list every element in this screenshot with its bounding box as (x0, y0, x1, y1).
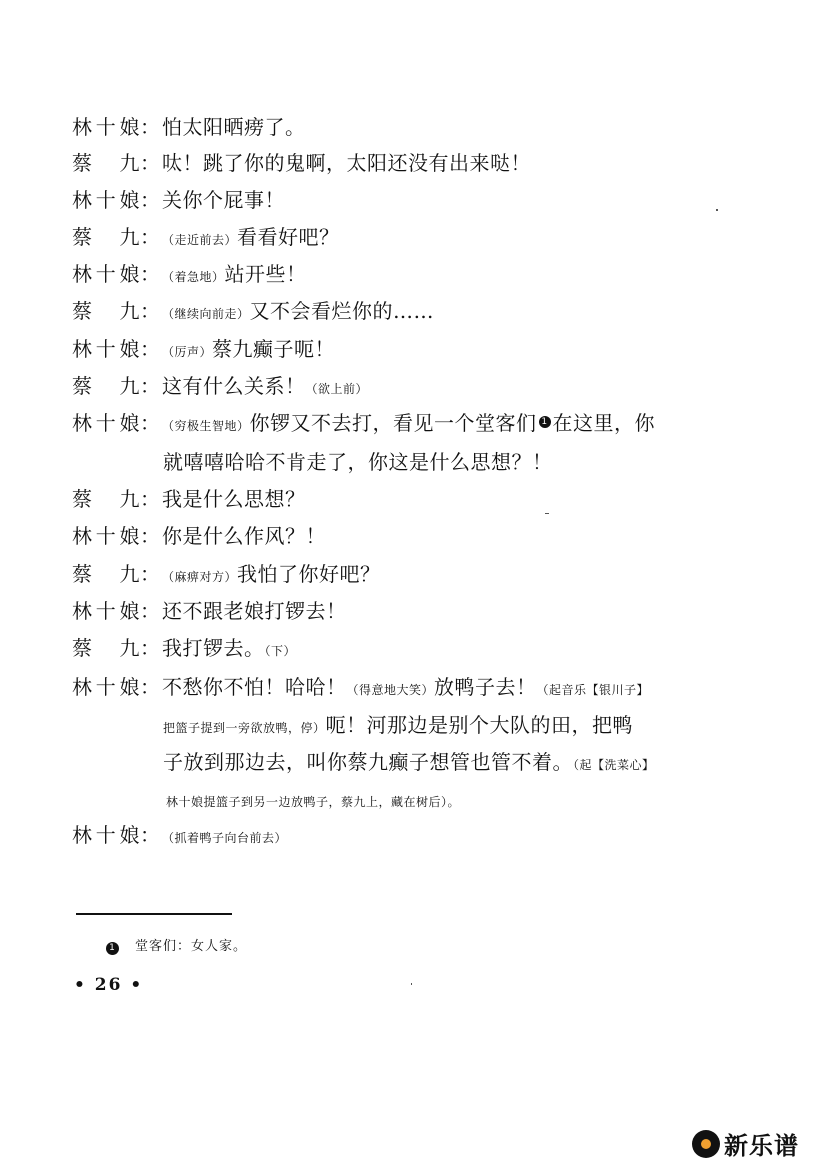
dialogue-text: 我怕了你好吧？ (237, 562, 381, 586)
dialogue-text: 不愁你不怕！哈哈！ (162, 675, 347, 699)
colon: ： (140, 487, 162, 511)
speaker-name: 蔡九 (72, 562, 140, 586)
scan-speck (411, 983, 412, 985)
colon: ： (140, 151, 162, 175)
colon: ： (140, 411, 162, 435)
speaker-name: 林十娘 (72, 675, 140, 699)
speaker-name: 蔡九 (72, 636, 140, 660)
stage-direction: 把篮子提到一旁欲放鸭，停） (163, 721, 326, 735)
speaker-name: 蔡九 (72, 487, 140, 511)
colon: ： (140, 225, 162, 249)
watermark-text: 新乐谱 (724, 1126, 799, 1161)
dialogue-continuation: 子放到那边去，叫你蔡九癫子想管也管不着。（起【洗菜心】 (163, 750, 655, 777)
speaker-name: 林十娘 (72, 823, 140, 847)
stage-direction: （欲上前） (306, 382, 369, 396)
page-number: • 26 • (74, 975, 143, 995)
dialogue-text: 你是什么作风？！ (162, 524, 326, 548)
speaker-name: 林十娘 (72, 337, 140, 361)
dialogue-text: 我打锣去。 (162, 636, 265, 660)
dialogue-text: 看看好吧？ (237, 225, 340, 249)
colon: ： (140, 823, 162, 847)
stage-direction: （下） (265, 644, 297, 658)
dialogue-line: 林十娘：怕太阳晒痨了。 (72, 115, 306, 139)
dialogue-text: 放鸭子去！ (434, 675, 537, 699)
dialogue-text: 在这里，你 (553, 411, 656, 435)
dialogue-line: 蔡九：我打锣去。（下） (72, 636, 296, 663)
dialogue-line: 林十娘：还不跟老娘打锣去！ (72, 599, 347, 623)
dialogue-text: 站开些！ (225, 262, 307, 286)
dialogue-line: 林十娘：（穷极生智地）你锣又不去打，看见一个堂客们1在这里，你 (72, 411, 655, 438)
stage-direction: （得意地大笑） (347, 683, 435, 697)
speaker-name: 林十娘 (72, 599, 140, 623)
dialogue-line: 蔡九：呔！跳了你的鬼啊，太阳还没有出来哒！ (72, 151, 531, 175)
dialogue-text: 呔！跳了你的鬼啊，太阳还没有出来哒！ (162, 151, 531, 175)
vinyl-record-icon (692, 1130, 720, 1158)
dialogue-line: 蔡九：（走近前去）看看好吧？ (72, 225, 340, 252)
script-page: 林十娘：怕太阳晒痨了。 蔡九：呔！跳了你的鬼啊，太阳还没有出来哒！ 林十娘：关你… (0, 0, 826, 1169)
speaker-name: 林十娘 (72, 188, 140, 212)
dialogue-line: 林十娘：不愁你不怕！哈哈！（得意地大笑）放鸭子去！（起音乐【银川子】 (72, 675, 649, 702)
dialogue-text: 你锣又不去打，看见一个堂客们 (250, 411, 537, 435)
colon: ： (140, 299, 162, 323)
dialogue-line: 蔡九：这有什么关系！（欲上前） (72, 374, 368, 401)
stage-direction: （厉声） (162, 345, 212, 359)
colon: ： (140, 675, 162, 699)
dialogue-text: 又不会看烂你的…… (250, 299, 435, 323)
footnote-marker-icon: 1 (539, 416, 551, 428)
stage-direction: 林十娘提篮子到另一边放鸭子，蔡九上，藏在树后）。 (166, 795, 460, 809)
scan-speck (545, 513, 549, 514)
footnote: 1堂客们：女人家。 (106, 935, 247, 955)
colon: ： (140, 262, 162, 286)
dialogue-line: 蔡九：（继续向前走）又不会看烂你的…… (72, 299, 434, 326)
colon: ： (140, 599, 162, 623)
scan-speck (716, 209, 718, 211)
colon: ： (140, 115, 162, 139)
dialogue-text: 还不跟老娘打锣去！ (162, 599, 347, 623)
stage-direction: （起音乐【银川子】 (537, 683, 650, 697)
speaker-name: 林十娘 (72, 115, 140, 139)
stage-direction: （起【洗菜心】 (573, 758, 655, 772)
stage-direction: （着急地） (162, 270, 225, 284)
dialogue-text: 这有什么关系！ (162, 374, 306, 398)
speaker-name: 林十娘 (72, 411, 140, 435)
dialogue-continuation: 把篮子提到一旁欲放鸭，停）呃！河那边是别个大队的田，把鸭 (163, 713, 633, 740)
dialogue-text: 呃！河那边是别个大队的田，把鸭 (326, 713, 634, 737)
dialogue-text: 关你个屁事！ (162, 188, 285, 212)
speaker-name: 蔡九 (72, 374, 140, 398)
dialogue-line: 林十娘：关你个屁事！ (72, 188, 285, 212)
dialogue-continuation: 林十娘提篮子到另一边放鸭子，蔡九上，藏在树后）。 (166, 787, 460, 814)
dialogue-text: 怕太阳晒痨了。 (162, 115, 306, 139)
dialogue-text: 蔡九癫子呃！ (212, 337, 335, 361)
dialogue-line: 林十娘：（抓着鸭子向台前去） (72, 823, 287, 850)
dialogue-line: 林十娘：你是什么作风？！ (72, 524, 326, 548)
watermark-logo: 新乐谱 (692, 1126, 799, 1161)
stage-direction: （麻痹对方） (162, 570, 237, 584)
stage-direction: （继续向前走） (162, 307, 250, 321)
footnote-text: 堂客们：女人家。 (135, 939, 247, 954)
speaker-name: 林十娘 (72, 524, 140, 548)
footnote-marker-icon: 1 (106, 942, 119, 955)
colon: ： (140, 524, 162, 548)
dialogue-line: 林十娘：（着急地）站开些！ (72, 262, 307, 289)
colon: ： (140, 636, 162, 660)
dialogue-line: 蔡九：我是什么思想？ (72, 487, 306, 511)
speaker-name: 蔡九 (72, 151, 140, 175)
stage-direction: （穷极生智地） (162, 419, 250, 433)
speaker-name: 蔡九 (72, 225, 140, 249)
stage-direction: （走近前去） (162, 233, 237, 247)
dialogue-text: 子放到那边去，叫你蔡九癫子想管也管不着。 (163, 750, 573, 774)
colon: ： (140, 337, 162, 361)
colon: ： (140, 188, 162, 212)
colon: ： (140, 374, 162, 398)
speaker-name: 林十娘 (72, 262, 140, 286)
stage-direction: （抓着鸭子向台前去） (162, 831, 287, 845)
colon: ： (140, 562, 162, 586)
dialogue-continuation: 就嘻嘻哈哈不肯走了，你这是什么思想？！ (163, 450, 553, 474)
dialogue-line: 蔡九：（麻痹对方）我怕了你好吧？ (72, 562, 381, 589)
speaker-name: 蔡九 (72, 299, 140, 323)
footnote-divider (76, 913, 232, 915)
dialogue-text: 我是什么思想？ (162, 487, 306, 511)
dialogue-line: 林十娘：（厉声）蔡九癫子呃！ (72, 337, 335, 364)
